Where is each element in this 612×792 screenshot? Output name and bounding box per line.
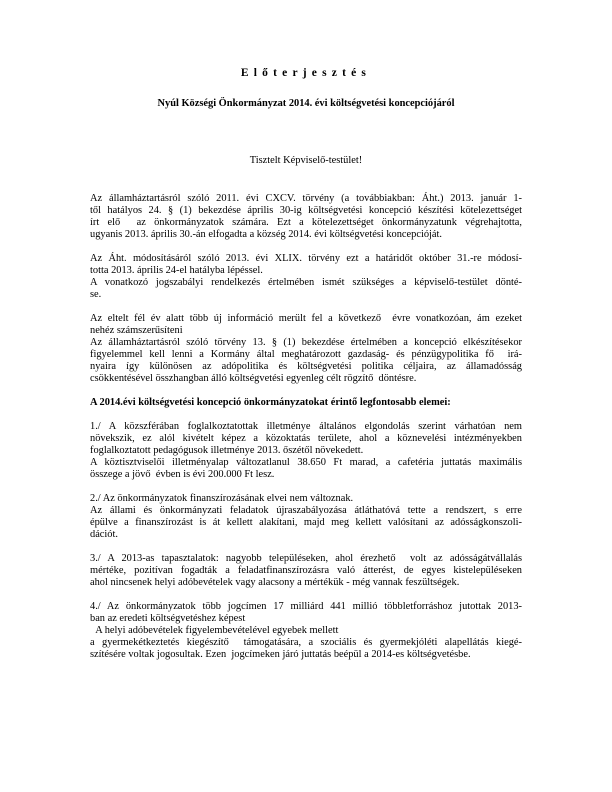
text-line: Az államháztartásról szóló törvény 13. §… (90, 337, 522, 349)
text-line: A helyi adóbevételek figyelembevételével… (90, 625, 522, 637)
document-subtitle: Nyúl Községi Önkormányzat 2014. évi költ… (0, 98, 612, 110)
document-title: Előterjesztés (0, 67, 612, 79)
text-line: írt elő az önkormányzatok számára. Ezt a… (90, 217, 522, 229)
text-line: foglalkoztatott pedagógusok illetménye 2… (90, 445, 522, 457)
paragraph: Az Áht. módosításáról szóló 2013. évi XL… (90, 253, 522, 301)
text-line: se. (90, 289, 522, 301)
text-line: A vonatkozó jogszabályi rendelkezés érte… (90, 277, 522, 289)
text-line: ban az eredeti költségvetéshez képest (90, 613, 522, 625)
text-line: től hatályos 24. § (1) bekezdése április… (90, 205, 522, 217)
text-line: dációt. (90, 529, 522, 541)
text-line: ugyanis 2013. április 30.-án elfogadta a… (90, 229, 522, 241)
document-body: Az államháztartásról szóló 2011. évi CXC… (90, 193, 522, 673)
text-line: Az Áht. módosításáról szóló 2013. évi XL… (90, 253, 522, 265)
text-line: csökkentésével összhangban álló költségv… (90, 373, 522, 385)
numbered-item: 1./ A közszférában foglalkoztatottak ill… (90, 421, 522, 481)
salutation: Tisztelt Képviselő-testület! (0, 155, 612, 167)
numbered-item: 3./ A 2013-as tapasztalatok: nagyobb tel… (90, 553, 522, 589)
numbered-items: 1./ A közszférában foglalkoztatottak ill… (90, 421, 522, 661)
text-line: figyelemmel kell lenni a Kormány által m… (90, 349, 522, 361)
text-line: Az eltelt fél év alatt több új informáci… (90, 313, 522, 325)
section-heading: A 2014.évi költségvetési koncepció önkor… (90, 397, 522, 409)
document-page: Előterjesztés Nyúl Községi Önkormányzat … (0, 0, 612, 792)
text-line: nyaira így különösen az adópolitika és k… (90, 361, 522, 373)
text-line: 1./ A közszférában foglalkoztatottak ill… (90, 421, 522, 433)
text-line: épülve a finanszírozást is át kellett al… (90, 517, 522, 529)
text-line: Az állami és önkormányzati feladatok újr… (90, 505, 522, 517)
text-line: ahol nincsenek helyi adóbevételek vagy a… (90, 577, 522, 589)
text-line: Az államháztartásról szóló 2011. évi CXC… (90, 193, 522, 205)
text-line: nehéz számszerűsíteni (90, 325, 522, 337)
intro-paragraphs: Az államháztartásról szóló 2011. évi CXC… (90, 193, 522, 385)
numbered-item: 2./ Az önkormányzatok finanszírozásának … (90, 493, 522, 541)
text-line: növekszik, ez alól kivételt képez a közo… (90, 433, 522, 445)
text-line: 2./ Az önkormányzatok finanszírozásának … (90, 493, 522, 505)
text-line: összege a jövő évben is évi 200.000 Ft l… (90, 469, 522, 481)
text-line: a gyermekétkeztetés kiegészítő támogatás… (90, 637, 522, 649)
text-line: 4./ Az önkormányzatok több jogcímen 17 m… (90, 601, 522, 613)
text-line: totta 2013. április 24-el hatályba lépés… (90, 265, 522, 277)
text-line: mértéke, pozitívan fogadták a feladatfin… (90, 565, 522, 577)
text-line: A köztisztviselői illetményalap változat… (90, 457, 522, 469)
paragraph: Az eltelt fél év alatt több új informáci… (90, 313, 522, 385)
text-line: 3./ A 2013-as tapasztalatok: nagyobb tel… (90, 553, 522, 565)
text-line: szítésére voltak jogosultak. Ezen jogcím… (90, 649, 522, 661)
paragraph: Az államháztartásról szóló 2011. évi CXC… (90, 193, 522, 241)
numbered-item: 4./ Az önkormányzatok több jogcímen 17 m… (90, 601, 522, 661)
